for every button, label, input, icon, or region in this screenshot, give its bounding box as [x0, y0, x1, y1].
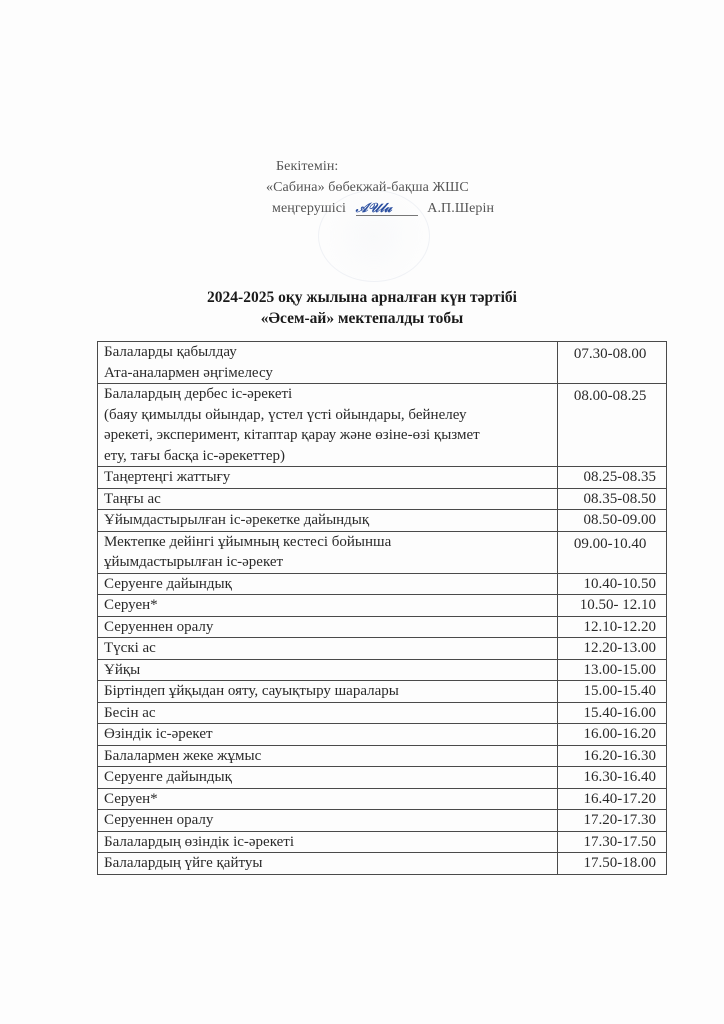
table-row: Балалардың өзіндік іс-әрекеті17.30-17.50 — [98, 831, 667, 853]
table-row: Бесін ас15.40-16.00 — [98, 702, 667, 724]
activity-text: Біртіндеп ұйқыдан ояту, сауықтыру шарала… — [104, 681, 551, 702]
approval-organization: «Сабина» бөбекжай-бақша ЖШС — [258, 177, 538, 198]
time-cell: 16.40-17.20 — [558, 788, 667, 810]
time-cell: 17.50-18.00 — [558, 853, 667, 875]
activity-text: (баяу қимылды ойындар, үстел үсті ойында… — [104, 405, 551, 426]
activity-text: Балалардың өзіндік іс-әрекеті — [104, 832, 551, 853]
table-row: Балалардың дербес іс-әрекеті(баяу қимылд… — [98, 384, 667, 467]
time-cell: 13.00-15.00 — [558, 659, 667, 681]
activity-cell: Ұйқы — [98, 659, 558, 681]
activity-cell: Балалардың дербес іс-әрекеті(баяу қимылд… — [98, 384, 558, 467]
activity-cell: Өзіндік іс-әрекет — [98, 724, 558, 746]
activity-text: Мектепке дейінгі ұйымның кестесі бойынша — [104, 532, 551, 553]
table-row: Біртіндеп ұйқыдан ояту, сауықтыру шарала… — [98, 681, 667, 703]
title-line-1: 2024-2025 оқу жылына арналған күн тәртіб… — [0, 287, 724, 308]
activity-cell: Таңғы ас — [98, 488, 558, 510]
document-title: 2024-2025 оқу жылына арналған күн тәртіб… — [0, 287, 724, 329]
signature: 𝒜𝒰𝓁𝓊 — [356, 201, 418, 216]
activity-cell: Серуенге дайындық — [98, 767, 558, 789]
time-cell: 16.20-16.30 — [558, 745, 667, 767]
table-row: Түскі ас12.20-13.00 — [98, 638, 667, 660]
activity-cell: Түскі ас — [98, 638, 558, 660]
time-cell: 12.10-12.20 — [558, 616, 667, 638]
approval-block: Бекітемін: «Сабина» бөбекжай-бақша ЖШС м… — [258, 156, 538, 219]
time-cell: 08.00-08.25 — [558, 384, 667, 467]
table-row: Серуен*16.40-17.20 — [98, 788, 667, 810]
table-row: Балаларды қабылдауАта-аналармен әңгімеле… — [98, 342, 667, 384]
table-row: Таңертеңгі жаттығу08.25-08.35 — [98, 467, 667, 489]
activity-text: ұйымдастырылған іс-әрекет — [104, 552, 551, 573]
approval-position: меңгерушісі — [272, 201, 346, 216]
activity-cell: Балалардың үйге қайтуы — [98, 853, 558, 875]
activity-cell: Серуен* — [98, 595, 558, 617]
activity-text: Таңертеңгі жаттығу — [104, 467, 551, 488]
activity-text: Серуенге дайындық — [104, 574, 551, 595]
table-row: Серуеннен оралу17.20-17.30 — [98, 810, 667, 832]
activity-text: Серуен* — [104, 595, 551, 616]
title-line-2: «Әсем-ай» мектепалды тобы — [0, 308, 724, 329]
activity-text: Балаларды қабылдау — [104, 342, 551, 363]
table-row: Серуен*10.50- 12.10 — [98, 595, 667, 617]
table-row: Таңғы ас08.35-08.50 — [98, 488, 667, 510]
daily-schedule-table: Балаларды қабылдауАта-аналармен әңгімеле… — [97, 341, 667, 875]
table-row: Серуенге дайындық10.40-10.50 — [98, 573, 667, 595]
activity-text: ету, тағы басқа іс-әрекеттер) — [104, 446, 551, 467]
time-cell: 10.50- 12.10 — [558, 595, 667, 617]
time-cell: 08.25-08.35 — [558, 467, 667, 489]
activity-text: Серуенге дайындық — [104, 767, 551, 788]
activity-cell: Серуенге дайындық — [98, 573, 558, 595]
activity-cell: Балаларды қабылдауАта-аналармен әңгімеле… — [98, 342, 558, 384]
table-row: Серуеннен оралу12.10-12.20 — [98, 616, 667, 638]
activity-text: Түскі ас — [104, 638, 551, 659]
activity-cell: Мектепке дейінгі ұйымның кестесі бойынша… — [98, 531, 558, 573]
table-row: Ұйқы13.00-15.00 — [98, 659, 667, 681]
activity-text: Балалардың үйге қайтуы — [104, 853, 551, 874]
schedule-body: Балаларды қабылдауАта-аналармен әңгімеле… — [98, 342, 667, 875]
activity-cell: Серуеннен оралу — [98, 810, 558, 832]
document-page: Бекітемін: «Сабина» бөбекжай-бақша ЖШС м… — [0, 0, 724, 1024]
activity-cell: Таңертеңгі жаттығу — [98, 467, 558, 489]
activity-text: Балалардың дербес іс-әрекеті — [104, 384, 551, 405]
time-cell: 07.30-08.00 — [558, 342, 667, 384]
activity-cell: Серуеннен оралу — [98, 616, 558, 638]
time-cell: 17.30-17.50 — [558, 831, 667, 853]
activity-cell: Балалармен жеке жұмыс — [98, 745, 558, 767]
activity-text: Серуен* — [104, 789, 551, 810]
activity-text: әрекеті, эксперимент, кітаптар қарау жән… — [104, 425, 551, 446]
activity-text: Бесін ас — [104, 703, 551, 724]
approval-signatory: меңгерушісі 𝒜𝒰𝓁𝓊 А.П.Шерін — [258, 198, 538, 219]
time-cell: 16.30-16.40 — [558, 767, 667, 789]
activity-cell: Балалардың өзіндік іс-әрекеті — [98, 831, 558, 853]
activity-cell: Бесін ас — [98, 702, 558, 724]
activity-text: Ата-аналармен әңгімелесу — [104, 363, 551, 384]
table-row: Балалармен жеке жұмыс16.20-16.30 — [98, 745, 667, 767]
time-cell: 08.35-08.50 — [558, 488, 667, 510]
time-cell: 09.00-10.40 — [558, 531, 667, 573]
time-cell: 15.00-15.40 — [558, 681, 667, 703]
activity-text: Балалармен жеке жұмыс — [104, 746, 551, 767]
activity-text: Серуеннен оралу — [104, 617, 551, 638]
approval-name: А.П.Шерін — [427, 201, 494, 216]
activity-text: Серуеннен оралу — [104, 810, 551, 831]
table-row: Балалардың үйге қайтуы17.50-18.00 — [98, 853, 667, 875]
time-cell: 08.50-09.00 — [558, 510, 667, 532]
table-row: Мектепке дейінгі ұйымның кестесі бойынша… — [98, 531, 667, 573]
activity-cell: Серуен* — [98, 788, 558, 810]
activity-cell: Біртіндеп ұйқыдан ояту, сауықтыру шарала… — [98, 681, 558, 703]
activity-text: Ұйымдастырылған іс-әрекетке дайындық — [104, 510, 551, 531]
table-row: Ұйымдастырылған іс-әрекетке дайындық08.5… — [98, 510, 667, 532]
time-cell: 15.40-16.00 — [558, 702, 667, 724]
activity-text: Өзіндік іс-әрекет — [104, 724, 551, 745]
activity-text: Таңғы ас — [104, 489, 551, 510]
approval-heading: Бекітемін: — [258, 156, 538, 177]
table-row: Өзіндік іс-әрекет16.00-16.20 — [98, 724, 667, 746]
time-cell: 16.00-16.20 — [558, 724, 667, 746]
activity-cell: Ұйымдастырылған іс-әрекетке дайындық — [98, 510, 558, 532]
activity-text: Ұйқы — [104, 660, 551, 681]
time-cell: 12.20-13.00 — [558, 638, 667, 660]
table-row: Серуенге дайындық16.30-16.40 — [98, 767, 667, 789]
time-cell: 17.20-17.30 — [558, 810, 667, 832]
time-cell: 10.40-10.50 — [558, 573, 667, 595]
